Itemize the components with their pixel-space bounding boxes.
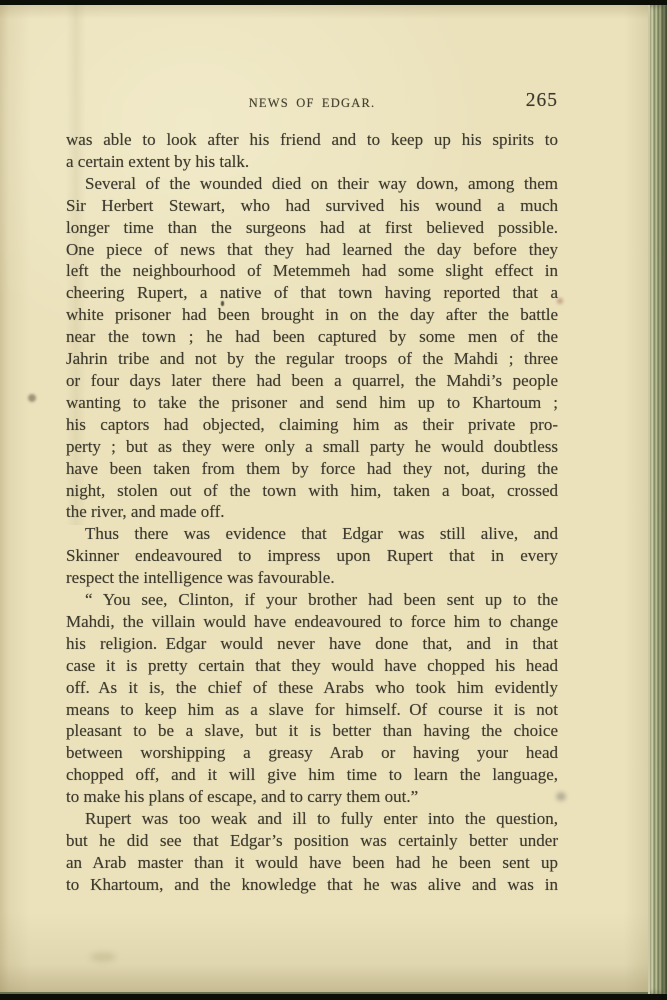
text-line: Mahdi, the villain would have endeavoure… (66, 611, 558, 633)
text-line: longer time than the surgeons had at fir… (66, 217, 558, 239)
text-line: Skinner endeavoured to impress upon Rupe… (66, 545, 558, 567)
text-line: Several of the wounded died on their way… (66, 173, 558, 195)
text-line: near the town ; he had been captured by … (66, 326, 558, 348)
text-line: his captors had objected, claiming him a… (66, 414, 558, 436)
text-line: or four days later there had been a quar… (66, 370, 558, 392)
text-line: his religion. Edgar would never have don… (66, 633, 558, 655)
text-line: left the neighbourhood of Metemmeh had s… (66, 260, 558, 282)
text-line: wanting to take the prisoner and send hi… (66, 392, 558, 414)
text-line: an Arab master than it would have been h… (66, 852, 558, 874)
text-line: white prisoner had been brought in on th… (66, 304, 558, 326)
text-line: to make his plans of escape, and to carr… (66, 786, 558, 808)
book-fore-edge (648, 5, 667, 994)
text-line: pleasant to be a slave, but it is better… (66, 720, 558, 742)
book-scan: NEWS OF EDGAR. 265 was able to look afte… (0, 0, 667, 1000)
text-line: have been taken from them by force had t… (66, 458, 558, 480)
text-line: night, stolen out of the town with him, … (66, 480, 558, 502)
text-line: Rupert was too weak and ill to fully ent… (66, 808, 558, 830)
text-line: was able to look after his friend and to… (66, 129, 558, 151)
chapter-header-title: NEWS OF EDGAR. (66, 94, 558, 112)
text-line: respect the intelligence was favourable. (66, 567, 558, 589)
text-block: was able to look after his friend and to… (66, 129, 558, 896)
text-line: case it is pretty certain that they woul… (66, 655, 558, 677)
text-line: “ You see, Clinton, if your brother had … (66, 589, 558, 611)
text-line: Sir Herbert Stewart, who had survived hi… (66, 195, 558, 217)
text-line: perty ; but as they were only a small pa… (66, 436, 558, 458)
text-line: Jahrin tribe and not by the regular troo… (66, 348, 558, 370)
text-line: Thus there was evidence that Edgar was s… (66, 523, 558, 545)
text-line: off. As it is, the chief of these Arabs … (66, 677, 558, 699)
text-line: but he did see that Edgar’s position was… (66, 830, 558, 852)
text-line: means to keep him as a slave for himself… (66, 699, 558, 721)
text-line: between worshipping a greasy Arab or hav… (66, 742, 558, 764)
page-number: 265 (526, 91, 558, 111)
text-line: One piece of news that they had learned … (66, 239, 558, 261)
text-line: cheering Rupert, a native of that town h… (66, 282, 558, 304)
text-line: the river, and made off. (66, 501, 558, 523)
text-line: chopped off, and it will give him time t… (66, 764, 558, 786)
text-line: a certain extent by his talk. (66, 151, 558, 173)
text-line: to Khartoum, and the knowledge that he w… (66, 874, 558, 896)
running-header: NEWS OF EDGAR. 265 (66, 94, 558, 116)
